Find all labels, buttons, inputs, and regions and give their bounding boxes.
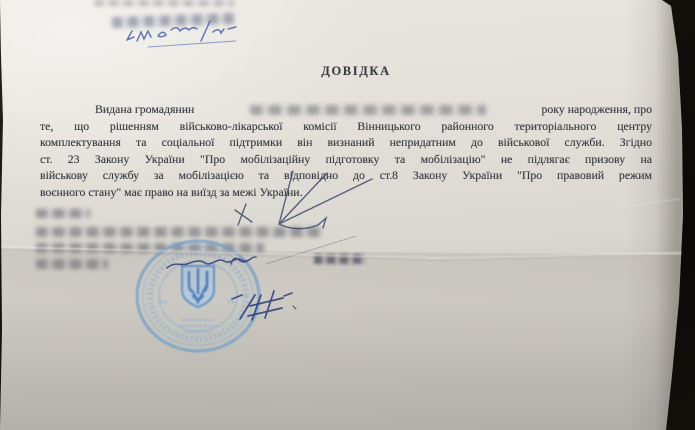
photo-background: ДОВІДКА Видана громадянин року народженн… [0, 0, 695, 430]
paper-document: ДОВІДКА Видана громадянин року народженн… [0, 0, 695, 430]
signature-flourish [167, 257, 256, 268]
pen-scribbles-over-seal [232, 291, 296, 320]
handwritten-number [127, 21, 236, 47]
pen-annotations [0, 0, 695, 430]
pen-arrow-marks [235, 171, 372, 264]
